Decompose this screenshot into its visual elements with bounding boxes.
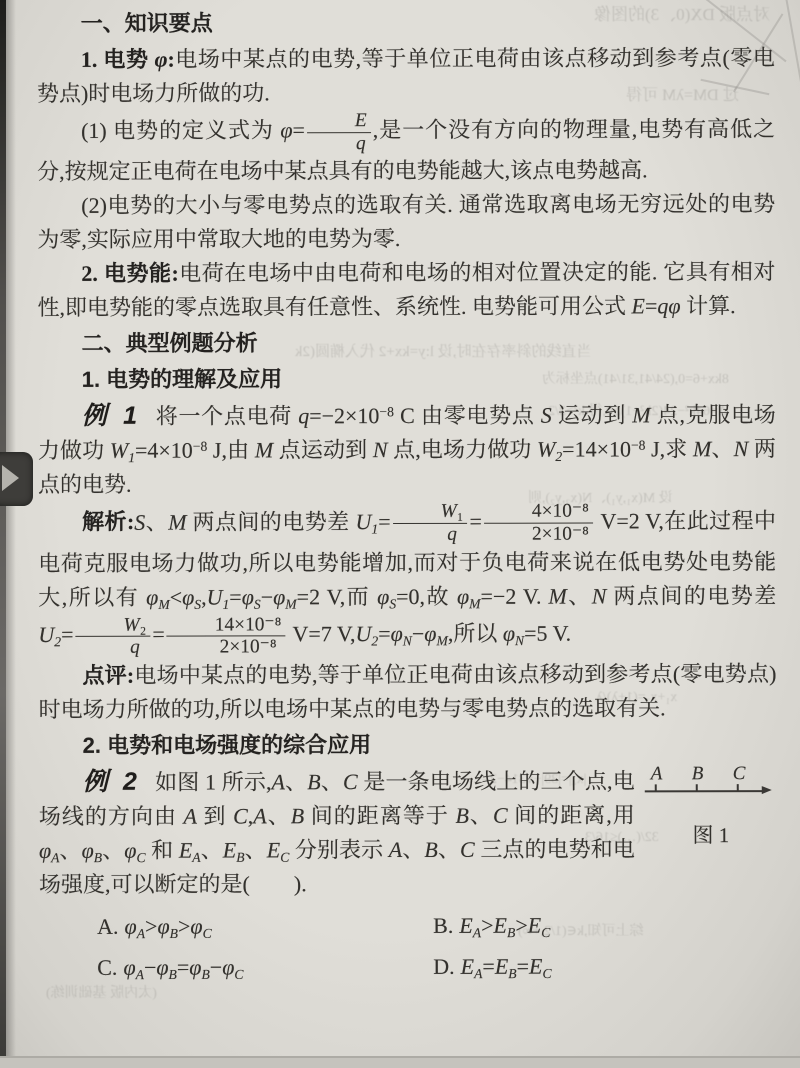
field-line-arrow: [645, 790, 763, 792]
option-B: B.EA>EB>EC: [433, 905, 550, 946]
point-label-A: A: [651, 763, 663, 785]
analysis-text: S、M 两点间的电势差 U1=W₁q=4×10⁻⁸2×10⁻⁸ V=2 V,在此…: [38, 508, 776, 647]
options-list: A.φA>φB>φC B.EA>EB>EC C.φA−φB=φB−φC D.EA…: [97, 904, 777, 988]
pencil-sketch-line: [784, 0, 800, 92]
comment-text: 电场中某点的电势,等于单位正电荷由该点移动到参考点(零电势点)时电场力所做的功,…: [39, 661, 777, 722]
comment-label: 点评:: [82, 663, 134, 688]
section-heading-knowledge: 一、知识要点: [37, 5, 775, 41]
options-row-2: C.φA−φB=φB−φC D.EA=EB=EC: [97, 945, 777, 988]
option-B-label: B.: [433, 913, 459, 938]
example-1-marker: 例 1: [82, 402, 155, 430]
option-C-label: C.: [97, 955, 123, 980]
option-A-label: A.: [97, 914, 124, 939]
subheading-potential-application: 1. 电势的理解及应用: [38, 361, 776, 397]
figure-1: A B C 图 1: [645, 763, 777, 849]
option-A: A.φA>φB>φC: [97, 905, 433, 947]
example-2-marker: 例 2: [83, 768, 155, 796]
section-heading-examples: 二、典型例题分析: [38, 325, 776, 361]
point-label-C: C: [733, 763, 746, 785]
analysis-label: 解析:: [82, 509, 134, 534]
para-potential-energy: 2. 电势能:电荷在电场中由电荷和电场的相对位置决定的能. 它具有相对性,即电势…: [37, 255, 775, 325]
scan-bottom-edge: [0, 1056, 800, 1068]
option-D: D.EA=EB=EC: [433, 946, 551, 987]
comment-paragraph: 点评:电场中某点的电势,等于单位正电荷由该点移动到参考点(零电势点)时电场力所做…: [38, 657, 776, 727]
scanned-textbook-page: 对点版 DX(0、3)的图像过 DM=λM 可得当直线的斜率存在时,设 l:y=…: [0, 0, 800, 1068]
options-row-1: A.φA>φB>φC B.EA>EB>EC: [97, 904, 777, 947]
page-content: 一、知识要点 1. 电势 φ:电场中某点的电势,等于单位正电荷由该点移动到参考点…: [37, 3, 778, 988]
option-B-text: EA>EB>EC: [459, 913, 550, 938]
option-C-text: φA−φB=φB−φC: [123, 954, 243, 979]
field-line-diagram: A B C: [645, 763, 777, 801]
figure-1-caption: 图 1: [645, 819, 777, 849]
option-D-label: D.: [433, 954, 460, 979]
para-potential-definition: 1. 电势 φ:电场中某点的电势,等于单位正电荷由该点移动到参考点(零电势点)时…: [37, 41, 775, 111]
option-C: C.φA−φB=φB−φC: [97, 946, 433, 988]
point-label-B: B: [692, 763, 704, 785]
option-D-text: EA=EB=EC: [461, 954, 552, 979]
analysis-paragraph: 解析:S、M 两点间的电势差 U1=W₁q=4×10⁻⁸2×10⁻⁸ V=2 V…: [38, 500, 776, 659]
subheading-combined-application: 2. 电势和电场强度的综合应用: [39, 727, 777, 763]
option-A-text: φA>φB>φC: [124, 914, 211, 939]
example-2: A B C 图 1 例 2如图 1 所示,A、B、C 是一条电场线上的三个点,电…: [39, 763, 777, 902]
para-zero-potential: (2)电势的大小与零电势点的选取有关. 通常选取离电场无穷远处的电势为零,实际应…: [37, 187, 775, 257]
scan-binder-artifact: [0, 452, 33, 506]
scan-left-edge-shadow: [6, 0, 16, 1068]
para-potential-formula: (1) 电势的定义式为 φ=Eq,是一个没有方向的物理量,电势有高低之分,按规定…: [37, 109, 775, 189]
example-1: 例 1将一个点电荷 q=−2×10−8 C 由零电势点 S 运动到 M 点,克服…: [38, 397, 776, 502]
